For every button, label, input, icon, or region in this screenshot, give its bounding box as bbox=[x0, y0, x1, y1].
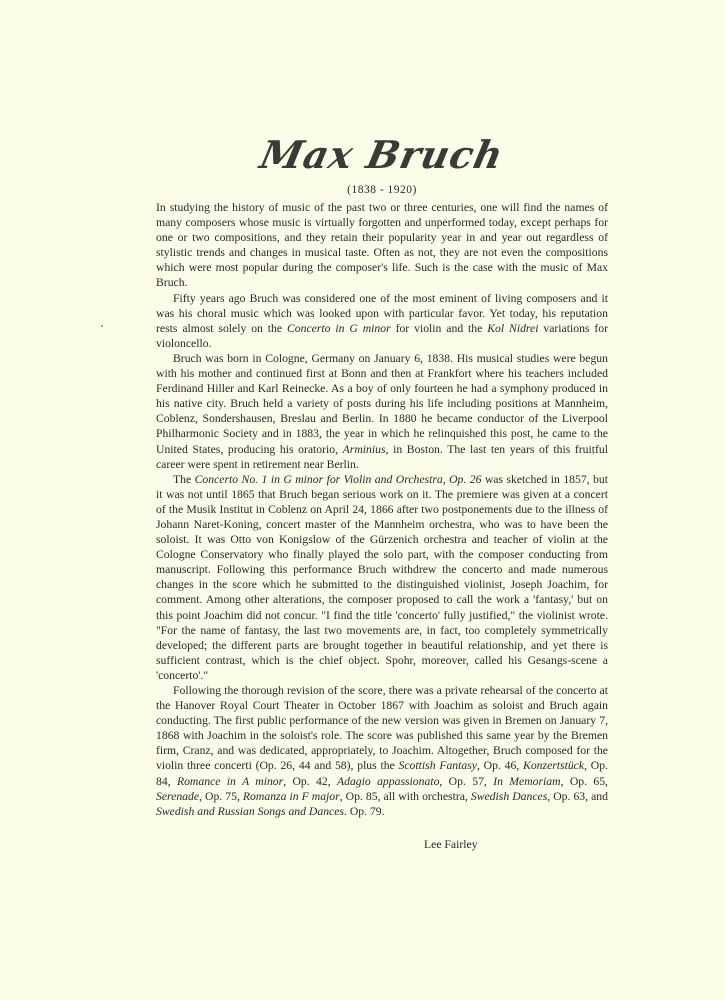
paragraph: Fifty years ago Bruch was considered one… bbox=[156, 291, 608, 351]
composer-dates: (1838 - 1920) bbox=[156, 184, 608, 196]
italic-title: Romanza in F major bbox=[243, 790, 340, 803]
italic-title: Romance in A minor bbox=[177, 775, 283, 788]
italic-title: Concerto in G minor bbox=[287, 322, 391, 335]
italic-title: Adagio appassionato bbox=[337, 775, 439, 788]
italic-title: Kol Nidrei bbox=[487, 322, 538, 335]
italic-title: Arminius, bbox=[343, 443, 389, 456]
page-title: Max Bruch bbox=[151, 132, 613, 177]
italic-title: Concerto No. 1 in G minor for Violin and… bbox=[195, 473, 482, 486]
article-body: In studying the history of music of the … bbox=[156, 200, 608, 819]
italic-title: Swedish Dances bbox=[471, 790, 547, 803]
paragraph: The Concerto No. 1 in G minor for Violin… bbox=[156, 472, 608, 683]
italic-title: Serenade bbox=[156, 790, 199, 803]
italic-title: Scottish Fantasy bbox=[399, 759, 477, 772]
scan-speck bbox=[101, 325, 103, 327]
scan-speck bbox=[592, 453, 594, 455]
italic-title: Konzertstück bbox=[523, 759, 584, 772]
italic-title: In Memoriam bbox=[493, 775, 560, 788]
author-signature: Lee Fairley bbox=[424, 838, 478, 851]
italic-title: Swedish and Russian Songs and Dances bbox=[156, 805, 344, 818]
paragraph: In studying the history of music of the … bbox=[156, 200, 608, 291]
paragraph: Following the thorough revision of the s… bbox=[156, 683, 608, 819]
paragraph: Bruch was born in Cologne, Germany on Ja… bbox=[156, 351, 608, 472]
